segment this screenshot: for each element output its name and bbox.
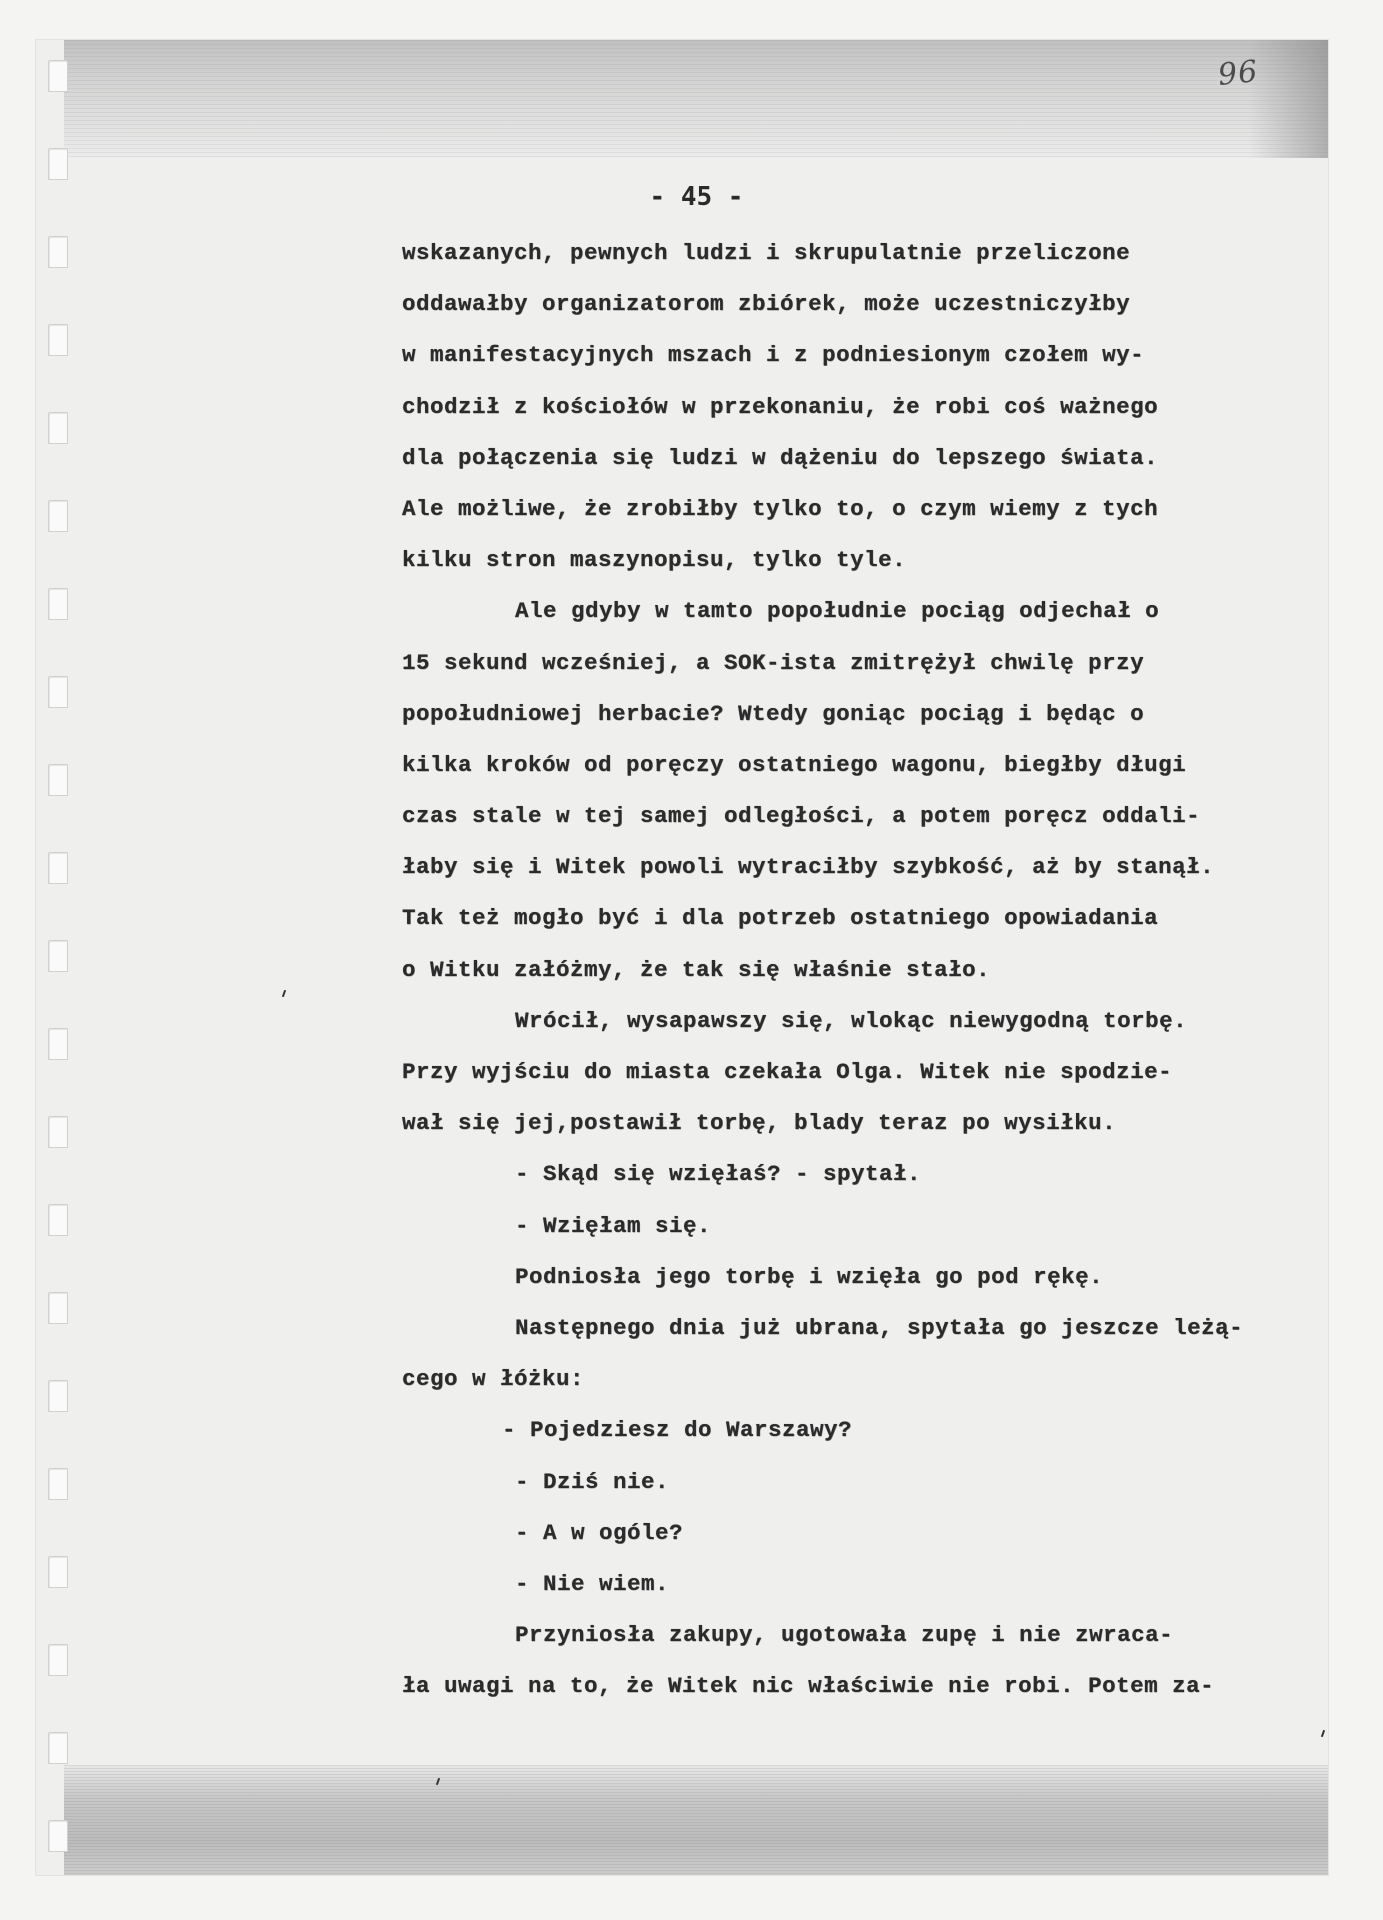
- sprocket-hole: [48, 588, 68, 620]
- dialogue-line: - Nie wiem.: [402, 1559, 1332, 1610]
- text-line: oddawałby organizatorom zbiórek, może uc…: [402, 279, 1332, 330]
- sprocket-hole: [48, 500, 68, 532]
- sprocket-hole: [48, 1732, 68, 1764]
- sprocket-hole: [48, 676, 68, 708]
- text-line: kilku stron maszynopisu, tylko tyle.: [402, 535, 1332, 586]
- sprocket-hole: [48, 1468, 68, 1500]
- dialogue-line: - Pojedziesz do Warszawy?: [402, 1405, 1332, 1456]
- scan-shadow-bottom: [64, 1765, 1328, 1875]
- text-line: Podniosła jego torbę i wzięła go pod ręk…: [402, 1252, 1332, 1303]
- text-line: Następnego dnia już ubrana, spytała go j…: [402, 1303, 1332, 1354]
- text-line: dla połączenia się ludzi w dążeniu do le…: [402, 433, 1332, 484]
- page-number: - 45 -: [0, 182, 1383, 212]
- dialogue-line: - Wzięłam się.: [402, 1201, 1332, 1252]
- text-line: Ale gdyby w tamto popołudnie pociąg odje…: [402, 586, 1332, 637]
- text-line: cego w łóżku:: [402, 1354, 1332, 1405]
- sprocket-hole: [48, 1820, 68, 1852]
- sprocket-hole: [48, 764, 68, 796]
- text-line: chodził z kościołów w przekonaniu, że ro…: [402, 382, 1332, 433]
- text-line: Tak też mogło być i dla potrzeb ostatnie…: [402, 893, 1332, 944]
- text-line: o Witku załóżmy, że tak się właśnie stał…: [402, 945, 1332, 996]
- text-line: czas stale w tej samej odległości, a pot…: [402, 791, 1332, 842]
- sprocket-hole: [48, 940, 68, 972]
- sprocket-hole: [48, 1204, 68, 1236]
- dialogue-line: - A w ogóle?: [402, 1508, 1332, 1559]
- text-line: łaby się i Witek powoli wytraciłby szybk…: [402, 842, 1332, 893]
- archive-page-number: 96: [1216, 54, 1260, 93]
- typescript-body: wskazanych, pewnych ludzi i skrupulatnie…: [402, 228, 1332, 1712]
- text-line: ła uwagi na to, że Witek nic właściwie n…: [402, 1661, 1332, 1712]
- sprocket-hole: [48, 852, 68, 884]
- sprocket-hole: [48, 1556, 68, 1588]
- text-line: Ale możliwe, że zrobiłby tylko to, o czy…: [402, 484, 1332, 535]
- sprocket-hole: [48, 236, 68, 268]
- sprocket-hole: [48, 1380, 68, 1412]
- sprocket-hole: [48, 148, 68, 180]
- sprocket-hole: [48, 412, 68, 444]
- text-line: kilka kroków od poręczy ostatniego wagon…: [402, 740, 1332, 791]
- text-line: Przyniosła zakupy, ugotowała zupę i nie …: [402, 1610, 1332, 1661]
- text-line: w manifestacyjnych mszach i z podniesion…: [402, 330, 1332, 381]
- sprocket-hole: [48, 1028, 68, 1060]
- text-line: 15 sekund wcześniej, a SOK-ista zmitręży…: [402, 638, 1332, 689]
- sprocket-holes: [48, 60, 70, 1860]
- text-line: wskazanych, pewnych ludzi i skrupulatnie…: [402, 228, 1332, 279]
- dialogue-line: - Dziś nie.: [402, 1457, 1332, 1508]
- scan-shadow-top: [64, 40, 1328, 158]
- sprocket-hole: [48, 1644, 68, 1676]
- text-line: Przy wyjściu do miasta czekała Olga. Wit…: [402, 1047, 1332, 1098]
- dialogue-line: - Skąd się wzięłaś? - spytał.: [402, 1149, 1332, 1200]
- text-line: wał się jej,postawił torbę, blady teraz …: [402, 1098, 1332, 1149]
- sprocket-hole: [48, 60, 68, 92]
- sprocket-hole: [48, 1292, 68, 1324]
- text-line: popołudniowej herbacie? Wtedy goniąc poc…: [402, 689, 1332, 740]
- sprocket-hole: [48, 324, 68, 356]
- text-line: Wrócił, wysapawszy się, wlokąc niewygodn…: [402, 996, 1332, 1047]
- sprocket-hole: [48, 1116, 68, 1148]
